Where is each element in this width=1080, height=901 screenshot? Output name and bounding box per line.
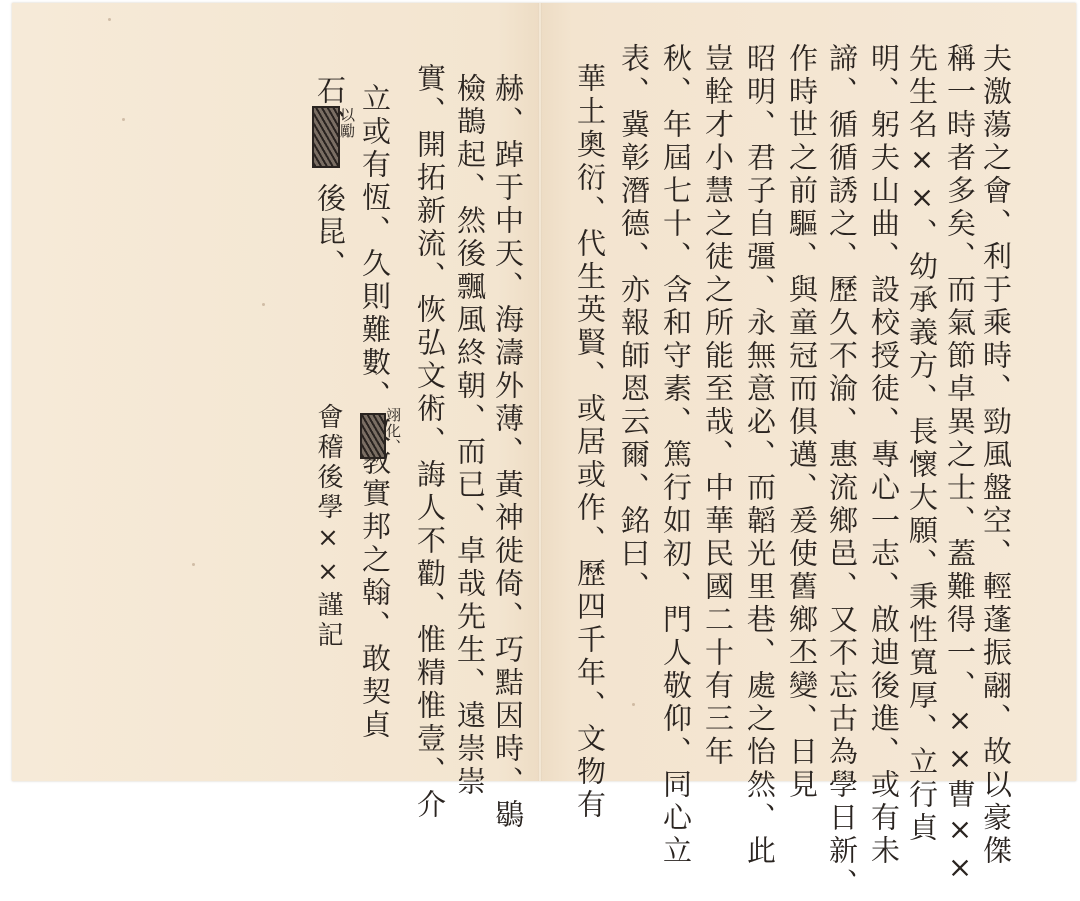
struck-out-box-2 <box>360 413 386 459</box>
text-column-r8: 豈輇才小慧之徒之所能至哉、中華民國二十有三年 <box>700 43 736 769</box>
paper-speck <box>192 563 195 566</box>
paper-speck <box>632 703 635 706</box>
text-column-r9: 秋、年屆七十、含和守素、篤行如初、門人敬仰、同心立 <box>658 43 694 783</box>
text-column-r3: 先生名××、幼承義方、長懷大願、秉性寬厚、立行貞 <box>904 43 940 783</box>
center-fold <box>538 3 542 781</box>
text-column-r5: 諦、循循誘之、歷久不渝、惠流鄉邑、又不忘古為學日新、 <box>824 43 860 783</box>
text-column-r1: 夫激蕩之會、利于乘時、勁風盤空、輕蓬振翮、故以豪傑 <box>978 43 1014 783</box>
text-column-r10: 表、冀彰潛德、亦報師恩云爾、銘曰、 <box>616 43 652 604</box>
paper-speck <box>122 118 125 121</box>
text-column-l3: 實、開拓新流、恢弘文術、誨人不勸、惟精惟壹、介 <box>412 63 448 783</box>
text-column-r4: 明、躬夫山曲、設校授徒、專心一志、啟迪後進、或有未 <box>866 43 902 783</box>
struck-out-box-1 <box>312 106 340 168</box>
manuscript-sheet: 夫激蕩之會、利于乘時、勁風盤空、輕蓬振翮、故以豪傑 稱一時者多矣、而氣節卓異之士… <box>12 3 1076 781</box>
text-column-r2: 稱一時者多矣、而氣節卓異之士、蓋難得一、××曹×× <box>942 43 978 783</box>
text-column-r11: 華土奧衍、代生英賢、或居或作、歷四千年、文物有 <box>572 63 608 783</box>
text-column-r6: 作時世之前驅、與童冠而俱邁、爰使舊鄉丕變、日見 <box>784 43 820 783</box>
paper-speck <box>262 303 265 306</box>
insert-annotation-2: 以勵 <box>338 107 356 139</box>
signature: 會稽後學××謹記 <box>312 403 344 651</box>
text-column-l1: 赫、踔于中天、海濤外薄、黃神徙倚、巧黠因時、鶡 <box>490 73 526 783</box>
paper-speck <box>108 18 111 21</box>
text-column-r7: 昭明、君子自彊、永無意必、而韜光里巷、處之怡然、此 <box>742 43 778 783</box>
text-column-l7: 後昆、 <box>312 183 348 282</box>
text-column-l2: 檢鵲起、然後飄風終朝、而已、卓哉先生、遠崇崇 <box>452 73 488 783</box>
insert-annotation-1: 翊化、 <box>384 407 402 455</box>
text-column-l5: 實邦之翰、敢契貞 <box>357 478 393 742</box>
